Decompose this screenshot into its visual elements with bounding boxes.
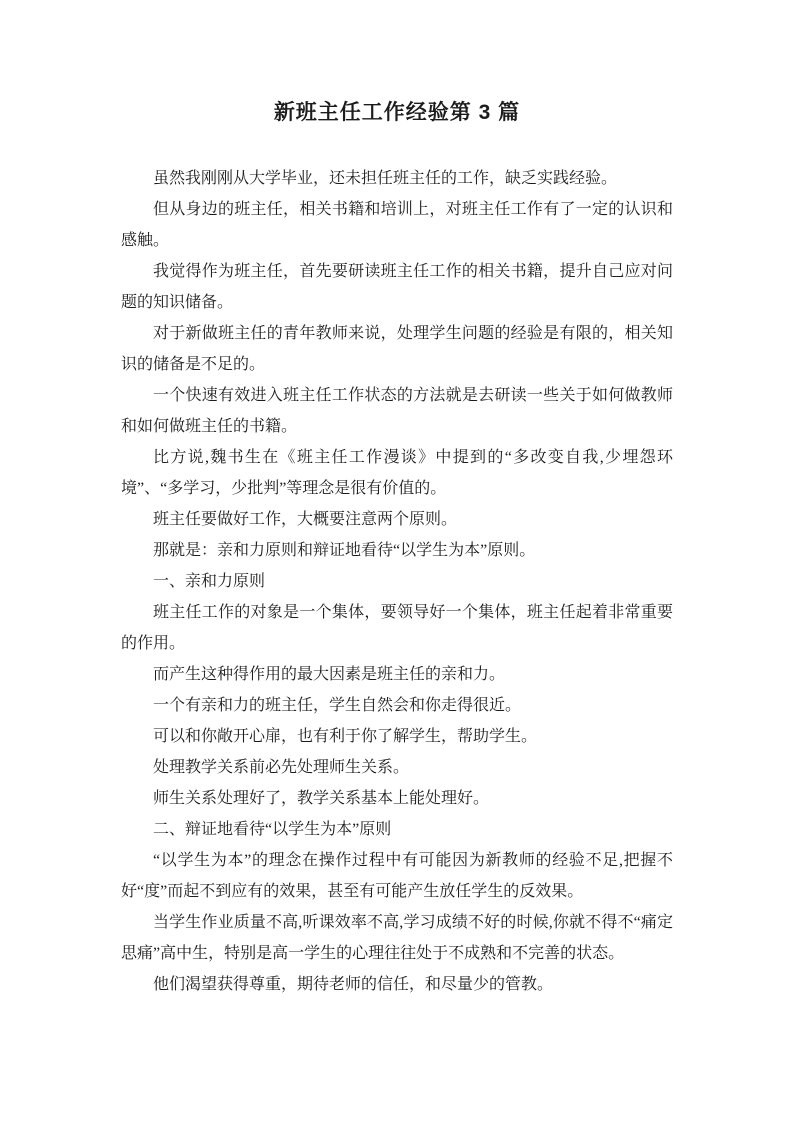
paragraph: 一个快速有效进入班主任工作状态的方法就是去研读一些关于如何做教师和如何做班主任的…	[121, 380, 673, 442]
paragraph: 那就是：亲和力原则和辩证地看待“以学生为本”原则。	[121, 535, 673, 566]
document-page: 新班主任工作经验第 3 篇 虽然我刚刚从大学毕业，还未担任班主任的工作，缺乏实践…	[0, 0, 793, 1122]
paragraph: 虽然我刚刚从大学毕业，还未担任班主任的工作，缺乏实践经验。	[121, 163, 673, 194]
paragraph: 二、辩证地看待“以学生为本”原则	[121, 814, 673, 845]
paragraph: 他们渴望获得尊重，期待老师的信任，和尽量少的管教。	[121, 969, 673, 1000]
paragraph: 我觉得作为班主任，首先要研读班主任工作的相关书籍，提升自己应对问题的知识储备。	[121, 256, 673, 318]
paragraph: 但从身边的班主任，相关书籍和培训上，对班主任工作有了一定的认识和感触。	[121, 194, 673, 256]
paragraph: 一、亲和力原则	[121, 566, 673, 597]
paragraph: 可以和你敞开心扉，也有利于你了解学生，帮助学生。	[121, 721, 673, 752]
paragraph: 对于新做班主任的青年教师来说，处理学生问题的经验是有限的，相关知识的储备是不足的…	[121, 318, 673, 380]
document-title: 新班主任工作经验第 3 篇	[121, 96, 673, 129]
paragraph: 而产生这种得作用的最大因素是班主任的亲和力。	[121, 659, 673, 690]
paragraph: 当学生作业质量不高,听课效率不高,学习成绩不好的时候,你就不得不“痛定思痛”高中…	[121, 907, 673, 969]
paragraph: 班主任要做好工作，大概要注意两个原则。	[121, 504, 673, 535]
document-content: 新班主任工作经验第 3 篇 虽然我刚刚从大学毕业，还未担任班主任的工作，缺乏实践…	[121, 96, 673, 1000]
paragraph: 处理教学关系前必先处理师生关系。	[121, 752, 673, 783]
paragraph: 比方说,魏书生在《班主任工作漫谈》中提到的“多改变自我,少埋怨环境”、“多学习，…	[121, 442, 673, 504]
document-body: 虽然我刚刚从大学毕业，还未担任班主任的工作，缺乏实践经验。但从身边的班主任，相关…	[121, 163, 673, 1000]
paragraph: 一个有亲和力的班主任，学生自然会和你走得很近。	[121, 690, 673, 721]
paragraph: “以学生为本”的理念在操作过程中有可能因为新教师的经验不足,把握不好“度”而起不…	[121, 845, 673, 907]
paragraph: 师生关系处理好了，教学关系基本上能处理好。	[121, 783, 673, 814]
paragraph: 班主任工作的对象是一个集体，要领导好一个集体，班主任起着非常重要的作用。	[121, 597, 673, 659]
